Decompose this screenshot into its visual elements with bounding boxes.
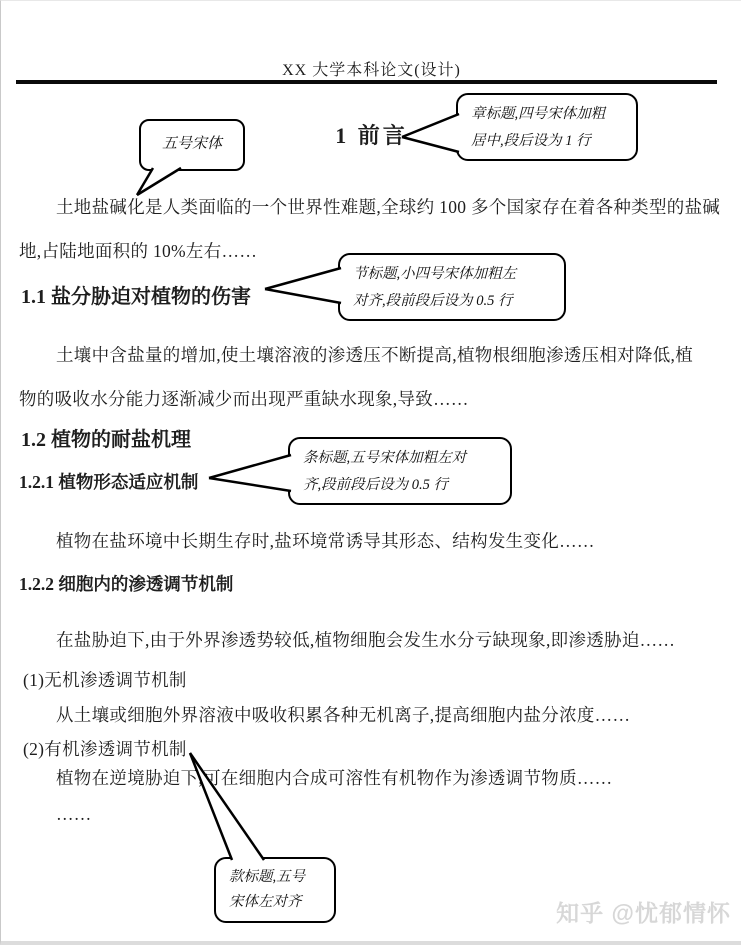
callout-chapter-title-rule: 章标题,四号宋体加粗 居中,段后设为 1 行 — [456, 93, 638, 161]
document-page: XX 大学本科论文(设计) 1 前言 土地盐碱化是人类面临的一个世界性难题,全球… — [0, 0, 741, 945]
callout-tail-section — [265, 268, 341, 303]
callout-item-title-rule: 款标题,五号 宋体左对齐 — [214, 857, 336, 923]
paragraph-line: 从土壤或细胞外界溶液中吸收积累各种无机离子,提高细胞内盐分浓度…… — [56, 702, 630, 727]
paragraph-line: 土地盐碱化是人类面临的一个世界性难题,全球约 100 多个国家存在着各种类型的盐… — [56, 194, 720, 219]
page-header-title: XX 大学本科论文(设计) — [1, 57, 741, 80]
callout-text: 齐,段前段后设为 0.5 行 — [303, 472, 497, 499]
paragraph-line: 植物在盐环境中长期生存时,盐环境常诱导其形态、结构发生变化…… — [56, 528, 595, 553]
callout-text: 款标题,五号 — [229, 865, 321, 890]
subsection-heading-1-2-2: 1.2.2 细胞内的渗透调节机制 — [19, 571, 233, 596]
paragraph-line: 植物在逆境胁迫下,可在细胞内合成可溶性有机物作为渗透调节物质…… — [56, 765, 612, 790]
callout-text: 章标题,四号宋体加粗 — [471, 101, 623, 128]
section-heading-1-2: 1.2 植物的耐盐机理 — [21, 423, 191, 452]
ellipsis-line: …… — [56, 804, 92, 825]
callout-text: 节标题,小四号宋体加粗左 — [353, 261, 551, 288]
callout-tail-subsection — [209, 455, 291, 491]
item-heading-1: (1)无机渗透调节机制 — [23, 667, 187, 692]
callout-text: 对齐,段前段后设为 0.5 行 — [353, 288, 551, 315]
callout-section-title-rule: 节标题,小四号宋体加粗左 对齐,段前段后设为 0.5 行 — [338, 253, 566, 321]
paragraph-line: 土壤中含盐量的增加,使土壤溶液的渗透压不断提高,植物根细胞渗透压相对降低,植 — [56, 342, 693, 367]
callout-text: 五号宋体 — [141, 121, 243, 168]
callout-text: 条标题,五号宋体加粗左对 — [303, 445, 497, 472]
zhihu-watermark: 知乎 @忧郁情怀 — [556, 895, 731, 928]
callout-tail-size5 — [137, 167, 181, 195]
paragraph-line: 在盐胁迫下,由于外界渗透势较低,植物细胞会发生水分亏缺现象,即渗透胁迫…… — [56, 627, 675, 652]
paragraph-line: 地,占陆地面积的 10%左右…… — [19, 238, 257, 263]
item-heading-2: (2)有机渗透调节机制 — [23, 736, 187, 761]
subsection-heading-1-2-1: 1.2.1 植物形态适应机制 — [19, 469, 198, 494]
paragraph-line: 物的吸收水分能力逐渐减少而出现严重缺水现象,导致…… — [19, 386, 469, 411]
section-heading-1-1: 1.1 盐分胁迫对植物的伤害 — [21, 280, 251, 309]
callout-text: 宋体左对齐 — [229, 890, 321, 915]
callout-subsection-title-rule: 条标题,五号宋体加粗左对 齐,段前段后设为 0.5 行 — [288, 437, 512, 505]
callout-size5-font: 五号宋体 — [139, 119, 245, 171]
callout-text: 居中,段后设为 1 行 — [471, 128, 623, 155]
header-rule — [16, 80, 717, 84]
